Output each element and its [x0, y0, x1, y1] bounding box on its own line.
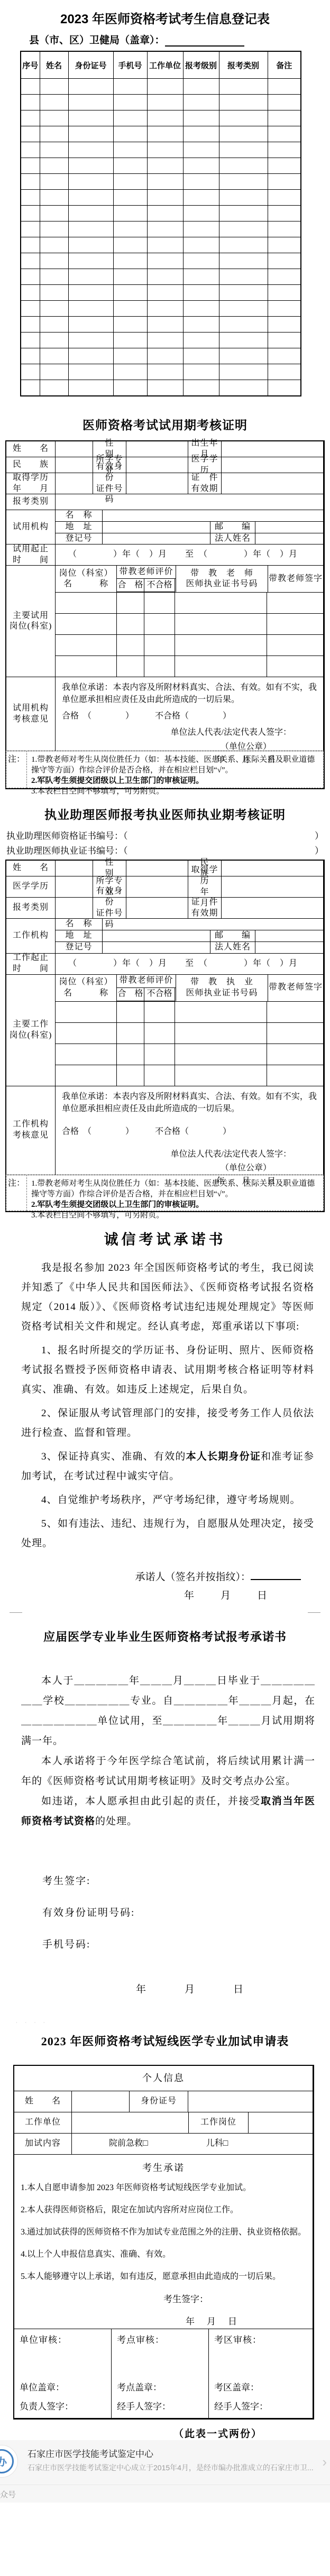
extra-test-options: 院前急救□ 儿科□: [71, 2133, 313, 2155]
account-description: 石家庄市医学技能考试鉴定中心成立于2015年4月，是经市编办批准成立的石家庄市卫…: [27, 2462, 316, 2473]
org-reg-value-cell: [102, 533, 210, 545]
bold-id-phrase: 本人长期身份证: [186, 1451, 261, 1462]
note-1: 1.带教老师对考生从岗位胜任力（如：基本技能、医患关系、医际关系及职业道德操守等…: [31, 1178, 319, 1199]
degree-label: 医学学历: [188, 457, 222, 473]
name-label: 姓 名: [14, 2091, 72, 2112]
grad-paragraph-2: 本人承诺将于今年医学综合笔试前，将后续试用累计满一年的《医师资格考试试用期考核证…: [21, 1751, 315, 1792]
grad-id-label: 有效身份证明号码:: [42, 1905, 330, 1919]
page-break: [0, 1602, 330, 1623]
post-name-header: 岗位（科室） 名 称: [55, 565, 117, 593]
degree-date-label: 取得学历 年 月: [6, 473, 56, 494]
form4-title: 2023 年医师资格考试短线医学专业加试申请表: [0, 2033, 330, 2049]
work-post-label: 工作岗位: [188, 2112, 249, 2134]
empty-rows-body: [21, 79, 301, 396]
org-label: 工作机构: [6, 918, 56, 953]
integrity-item-1: 1、报名时所提交的学历证书、身份证明、照片、医师资格考试报名暨授予医师资格申请表…: [21, 1341, 314, 1399]
extra-test-application-form: 个人信息 姓 名 身份证号 工作单位 工作岗位 加试内容 院前急救□ 儿科□ 考…: [13, 2065, 314, 2420]
col-header-level: 报考级别: [183, 51, 219, 79]
col-header-name: 姓名: [40, 51, 68, 79]
main-post-group: 主要试用 岗位(科室) 岗位（科室） 名 称 带教老师评价 合 格 不合格 带 …: [6, 566, 324, 677]
table-header-row: 序号 姓名 身份证号 手机号 工作单位 报考级别 报考类别 备注: [21, 51, 301, 79]
org-zip-label: 邮 编: [210, 930, 255, 942]
form-row: 报考类别 有效身份 证件号码 证 件 有效期: [6, 898, 324, 919]
degree-date-value-cell: [55, 473, 93, 494]
post-name-header: 岗位（科室） 名 称: [55, 974, 117, 1002]
teacher-sign-header: 带教老师签字: [268, 565, 324, 593]
unit-review-cell: 单位审核： 单位盖章： 负责人签字：: [14, 2329, 112, 2418]
note-2: 2.军队考生须提交团级以上卫生部门的审核证明。: [31, 775, 319, 786]
note-2: 2.军队考生须提交团级以上卫生部门的审核证明。: [31, 1199, 319, 1210]
candidate-registration-table: 序号 姓名 身份证号 手机号 工作单位 报考级别 报考类别 备注: [20, 51, 301, 396]
pass-header: 合 格: [116, 578, 144, 592]
org-addr-value-cell: [102, 521, 210, 533]
review-seal-line: （单位公章）: [62, 1163, 317, 1174]
cert2-label: 执业助理医师执业证书编号：（: [6, 843, 128, 856]
integrity-body: 我是报名参加 2023 年全国医师资格考试的考生，我已阅读并知悉了《中华人民共和…: [21, 1258, 314, 1553]
col-header-phone: 手机号: [113, 51, 147, 79]
degree-value-cell: [221, 457, 324, 473]
note-3: 3.本表栏目空间不够填写，可另附页。: [31, 1210, 319, 1221]
col-header-index: 序号: [21, 51, 40, 79]
grad-phone-label: 手机号码:: [42, 1936, 330, 1951]
category-value-cell: [55, 494, 324, 510]
account-logo-icon: 办: [0, 2445, 18, 2478]
org-name-value-cell: [102, 510, 324, 522]
grad-title: 应届医学专业毕业生医师资格考试报考承诺书: [0, 1628, 330, 1645]
probation-assessment-form: 姓 名 性 别 出生年月 民 族 所学专业 医学学历 取得学历 年 月 有效身份…: [5, 440, 325, 789]
post-empty-row: [56, 1023, 324, 1044]
pledge-item-3: 3.通过加试获得的医师资格不作为加试专业范围之外的注册、执业资格依据。: [21, 2221, 306, 2243]
form1-subtitle: 县（市、区）卫健局（盖章）：: [29, 32, 330, 47]
main-post-label: 主要工作 岗位(科室): [6, 974, 56, 1086]
org-addr-label: 地 址: [55, 930, 103, 942]
review-pass-line: 合格 （ ） 不合格（ ）: [62, 1127, 317, 1138]
post-empty-row: [56, 635, 324, 656]
ethnic-label: 民 族: [6, 457, 56, 473]
table-row: [21, 333, 301, 348]
district-review-cell: 考区审核： 考区盖章： 经手人签字：: [208, 2329, 313, 2418]
review-promise: 我单位承诺：本表内容及所附材料真实、合法、有效。如有不实，我单位愿承担相应责任及…: [62, 1091, 317, 1115]
form3-title: 执业助理医师报考执业医师执业期考核证明: [0, 805, 330, 823]
col-header-category: 报考类别: [219, 51, 268, 79]
gender-label: 性 别: [93, 860, 126, 876]
post-empty-row: [56, 593, 324, 614]
review-row: 单位审核： 单位盖章： 负责人签字： 考点审核： 考点盖章： 经手人签字： 考区…: [14, 2329, 313, 2418]
org-review-label: 工作机构 考核意见: [6, 1086, 56, 1175]
period-value: （ ）年（ ）月 至 （ ）年（ ）月: [55, 544, 324, 566]
integrity-date-line: 年 月 日: [0, 1587, 330, 1602]
page-break-dash-left: [10, 1612, 22, 1613]
table-row: [21, 380, 301, 396]
col-header-idcard: 身份证号: [68, 51, 113, 79]
eval-header: 带教老师评价: [116, 974, 176, 988]
col-header-workunit: 工作单位: [147, 51, 183, 79]
pledge-item-4: 4.以上个人申报信息真实、准确、有效。: [21, 2243, 306, 2266]
eval-header-group: 带教老师评价 合 格 不合格: [117, 566, 176, 593]
org-review-label: 试用机构 考核意见: [6, 677, 56, 751]
post-empty-row: [56, 656, 324, 677]
grad-paragraph-1: 本人于＿＿＿＿＿年＿＿＿月＿＿＿日毕业于＿＿＿＿＿＿＿学校＿＿＿＿＿＿专业。自＿…: [21, 1671, 315, 1751]
pledge-item-1: 1.本人自愿申请参加 2023 年医师资格考试短线医学专业加试。: [21, 2177, 306, 2199]
table-row: [21, 110, 301, 126]
pledge-item-2: 2.本人获得医师资格后，限定在加试内容所对应岗位工作。: [21, 2199, 306, 2221]
note-label: 注：: [6, 1175, 27, 1211]
form-row: 试用起止 时 间 （ ）年（ ）月 至 （ ）年（ ）月: [6, 544, 324, 566]
table-row: [21, 95, 301, 110]
cert-number-line-1: 执业助理医师资格证书编号：（ ）: [6, 828, 324, 842]
practice-assessment-form: 姓 名 性 别 民 族 医学学历 所学专业 取得学历 年 月 报考类别 有效身份…: [5, 860, 325, 1212]
personal-info-header: 个人信息: [14, 2065, 313, 2091]
major-value-cell: [126, 457, 188, 473]
notes-row: 注： 1.带教老师对考生从岗位胜任力（如：基本技能、医患关系、医际关系及职业道德…: [6, 1175, 324, 1211]
table-row: [21, 174, 301, 190]
post-empty-row: [56, 1065, 324, 1086]
org-review-content: 我单位承诺：本表内容及所附材料真实、合法、有效。如有不实，我单位愿承担相应责任及…: [55, 1086, 324, 1175]
org-reg-label: 登记号: [55, 941, 103, 954]
pass-header: 合 格: [116, 987, 144, 1001]
table-row: [21, 190, 301, 206]
table-row: [21, 206, 301, 221]
table-row: [21, 301, 301, 317]
name-value-cell: [55, 441, 93, 457]
table-row: [21, 237, 301, 253]
org-reg-label: 登记号: [55, 533, 103, 545]
fail-header: 不合格: [144, 987, 175, 1001]
form-row: 加试内容 院前急救□ 儿科□: [14, 2134, 313, 2155]
col-header-remark: 备注: [268, 51, 301, 79]
post-subrows: 岗位（科室） 名 称 带教老师评价 合 格 不合格 带 教 老 师 医师执业证书…: [56, 566, 324, 677]
form1-subtitle-label: 县（市、区）卫健局（盖章）：: [29, 35, 165, 46]
account-name: 石家庄市医学技能考试鉴定中心: [27, 2446, 302, 2460]
integrity-item-3: 3、保证持真实、准确、有效的本人长期身份证和准考证参加考试，在考试过程中诚实守信…: [21, 1447, 314, 1486]
form-row: 报考类别: [6, 494, 324, 510]
table-row: [21, 79, 301, 95]
table-row: [21, 253, 301, 269]
teacher-cert-header: 带 教 执 业 医师执业证书号码: [176, 974, 268, 1002]
form-row: 名 称: [56, 919, 324, 930]
table-row: [21, 348, 301, 364]
personal-info-header-row: 个人信息: [14, 2066, 313, 2091]
id-valid-value-cell: [221, 473, 324, 494]
integrity-item-4: 4、自觉维护考场秩序，严守考场纪律，遵守考场规则。: [21, 1490, 314, 1510]
table-row: [21, 364, 301, 380]
table-row: [21, 142, 301, 158]
grad-date-line: 年 月 日: [0, 1981, 330, 1996]
table-row: [21, 317, 301, 333]
notes-row: 注： 1.带教老师对考生从岗位胜任力（如：基本技能、医患关系、医际关系及职业道德…: [6, 751, 324, 788]
form-row: 地 址 邮 编: [56, 522, 324, 533]
org-addr-label: 地 址: [55, 521, 103, 533]
eval-subheader-row: 合 格 不合格: [117, 579, 176, 593]
gender-value-cell: [126, 441, 188, 457]
form-row: 工作单位 工作岗位: [14, 2112, 313, 2134]
form1-title: 2023 年医师资格考试考生信息登记表: [0, 0, 330, 27]
main-post-label: 主要试用 岗位(科室): [6, 565, 56, 677]
review-pass-line: 合格 （ ） 不合格（ ）: [62, 711, 317, 722]
post-empty-row: [56, 1002, 324, 1023]
form2-title: 医师资格考试试用期考核证明: [0, 416, 330, 433]
table-row: [21, 221, 301, 237]
id-valid-label: 证 件 有效期: [188, 897, 222, 919]
period-label: 工作起止 时 间: [6, 953, 56, 975]
official-account-label: 众号: [0, 2489, 16, 2500]
cert-number-line-2: 执业助理医师执业证书编号：（ ）: [6, 843, 324, 856]
name-label: 姓 名: [6, 860, 56, 876]
extra-test-label: 加试内容: [14, 2133, 72, 2155]
table-row: [21, 158, 301, 174]
teacher-cert-header: 带 教 老 师 医师执业证书号码: [176, 565, 268, 593]
org-review-row: 试用机构 考核意见 我单位承诺：本表内容及所附材料真实、合法、有效。如有不实，我…: [6, 677, 324, 751]
period-label: 试用起止 时 间: [6, 544, 56, 566]
promiser-sign-line: 承诺人（签名并按指纹）：: [0, 1569, 330, 1583]
org-name-label: 名 称: [55, 510, 103, 522]
pledge-header: 考生承诺: [21, 2159, 306, 2177]
table-row: [21, 285, 301, 301]
note-list: 1.带教老师对考生从岗位胜任力（如：基本技能、医患关系、医际关系及职业道德操守等…: [26, 751, 324, 788]
chevron-right-icon[interactable]: ›: [322, 2454, 327, 2470]
cert1-close-paren: ）: [315, 828, 324, 842]
id-valid-label: 证 件 有效期: [188, 473, 222, 494]
post-empty-row: [56, 1044, 324, 1065]
form-row: 取得学历 年 月 有效身份 证件号码 证 件 有效期: [6, 473, 324, 494]
org-label: 试用机构: [6, 510, 56, 544]
period-value: （ ）年（ ）月 至 （ ）年（ ）月: [55, 953, 324, 975]
form-row: 名 称: [56, 510, 324, 522]
integrity-item-2: 2、保证服从考试管理部门的安排，接受考务工作人员依法进行检查、监督和管理。: [21, 1404, 314, 1443]
form-row: 民 族 所学专业 医学学历: [6, 457, 324, 473]
org-legal-label: 法人姓名: [210, 941, 255, 954]
name-label: 姓 名: [6, 441, 56, 457]
note-label: 注：: [6, 751, 27, 788]
review-sign-line: 单位法人代表/法定代表人签字：: [62, 727, 317, 738]
main-post-group: 主要工作 岗位(科室) 岗位（科室） 名 称 带教老师评价 合 格 不合格 带 …: [6, 975, 324, 1086]
integrity-item-5: 5、如有违法、违纪、违规行为，自愿服从处理决定，接受处理。: [21, 1514, 314, 1553]
grad-paragraph-3: 如违诺，本人愿承担由此引起的责任，并接受取消当年医师资格考试资格的处理。: [21, 1792, 315, 1832]
teacher-sign-header: 带教老师签字: [268, 974, 324, 1002]
review-sign-line: 单位法人代表/法定代表人签字：: [62, 1149, 317, 1160]
org-row-group: 试用机构 名 称 地 址 邮 编 登记号 法人姓名: [6, 510, 324, 544]
org-zip-label: 邮 编: [210, 521, 255, 533]
category-label: 报考类别: [6, 897, 56, 919]
post-header-row: 岗位（科室） 名 称 带教老师评价 合 格 不合格 带 教 老 师 医师执业证书…: [56, 566, 324, 593]
form-row: 姓 名 性 别 民 族: [6, 861, 324, 876]
review-promise: 我单位承诺：本表内容及所附材料真实、合法、有效。如有不实，我单位愿承担相应责任及…: [62, 681, 317, 706]
org-legal-value-cell: [255, 533, 324, 545]
integrity-intro: 我是报名参加 2023 年全国医师资格考试的考生，我已阅读并知悉了《中华人民共和…: [21, 1258, 314, 1336]
option-prehospital-checkbox: 院前急救□: [109, 2138, 148, 2149]
wechat-article-page: 2023 年医师资格考试考生信息登记表 县（市、区）卫健局（盖章）： 序号 姓名…: [0, 0, 330, 2576]
signature-blank-line: [251, 1571, 301, 1580]
cert1-label: 执业助理医师资格证书编号：（: [6, 828, 128, 842]
post-empty-row: [56, 614, 324, 635]
org-subrows: 名 称 地 址 邮 编 登记号 法人姓名: [56, 510, 324, 544]
pledge-item-5: 5.本人能够遵守以上承诺，如有违反，愿意承担由此造成的一切后果。: [21, 2266, 306, 2288]
birth-value-cell: [221, 441, 324, 457]
table-row: [21, 269, 301, 285]
seal-blank-line: [165, 36, 244, 47]
card-divider: [0, 2485, 330, 2485]
candidate-sign-label: 考生签字：: [21, 2288, 306, 2311]
org-zip-value-cell: [255, 521, 324, 533]
ethnic-value-cell: [55, 457, 93, 473]
form-row: 地 址 邮 编: [56, 930, 324, 942]
form-row: 登记号 法人姓名: [56, 533, 324, 545]
degree-date-label: 取得学历 年 月: [188, 876, 222, 898]
id-no-label: 有效身份 证件号码: [93, 473, 126, 494]
copies-note: （此表一式两份）: [0, 2426, 330, 2440]
page-artifact-dots: · · · ·: [16, 2020, 330, 2025]
org-review-content: 我单位承诺：本表内容及所附材料真实、合法、有效。如有不实，我单位愿承担相应责任及…: [55, 677, 324, 751]
org-name-label: 名 称: [55, 918, 103, 930]
degree-label: 医学学历: [6, 876, 56, 898]
note-3: 3.本表栏目空间不够填写，可另附页。: [31, 786, 319, 797]
post-header-row: 岗位（科室） 名 称 带教老师评价 合 格 不合格 带 教 执 业 医师执业证书…: [56, 975, 324, 1002]
official-account-card[interactable]: 办 石家庄市医学技能考试鉴定中心 石家庄市医学技能考试鉴定中心成立于2015年4…: [0, 2440, 330, 2503]
id-no-label: 有效身份 证件号码: [93, 897, 126, 919]
integrity-title: 诚信考试承诺书: [0, 1228, 330, 1249]
work-unit-label: 工作单位: [14, 2112, 72, 2134]
note-1: 1.带教老师对考生从岗位胜任力（如：基本技能、医患关系、医际关系及职业道德操守等…: [31, 754, 319, 775]
form-row: 姓 名 身份证号: [14, 2091, 313, 2112]
page-break-dash-right: [308, 1612, 320, 1613]
org-legal-label: 法人姓名: [210, 533, 255, 545]
pledge-cell: 考生承诺 1.本人自愿申请参加 2023 年医师资格考试短线医学专业加试。 2.…: [14, 2154, 313, 2329]
form-row: 工作起止 时 间 （ ）年（ ）月 至 （ ）年（ ）月: [6, 954, 324, 975]
idcard-label: 身份证号: [129, 2091, 188, 2112]
site-review-cell: 考点审核： 考点盖章： 经手人签字：: [111, 2329, 209, 2418]
note-list: 1.带教老师对考生从岗位胜任力（如：基本技能、医患关系、医际关系及职业道德操守等…: [26, 1175, 324, 1211]
grad-sign-label: 考生签字:: [42, 1873, 330, 1887]
org-row-group: 工作机构 名 称 地 址 邮 编 登记号 法人姓名: [6, 919, 324, 953]
eval-header: 带教老师评价: [116, 565, 176, 579]
table-row: [21, 126, 301, 142]
option-pediatrics-checkbox: 儿科□: [206, 2138, 228, 2149]
category-label: 报考类别: [6, 494, 56, 510]
form-row: 姓 名 性 别 出生年月: [6, 441, 324, 457]
id-no-value-cell: [126, 473, 188, 494]
form-row: 医学学历 所学专业 取得学历 年 月: [6, 876, 324, 898]
cert2-close-paren: ）: [315, 843, 324, 856]
form-row: 登记号 法人姓名: [56, 942, 324, 954]
fail-header: 不合格: [144, 578, 175, 592]
org-review-row: 工作机构 考核意见 我单位承诺：本表内容及所附材料真实、合法、有效。如有不实，我…: [6, 1086, 324, 1175]
pledge-row: 考生承诺 1.本人自愿申请参加 2023 年医师资格考试短线医学专业加试。 2.…: [14, 2155, 313, 2329]
grad-body: 本人于＿＿＿＿＿年＿＿＿月＿＿＿日毕业于＿＿＿＿＿＿＿学校＿＿＿＿＿＿专业。自＿…: [21, 1671, 315, 1832]
